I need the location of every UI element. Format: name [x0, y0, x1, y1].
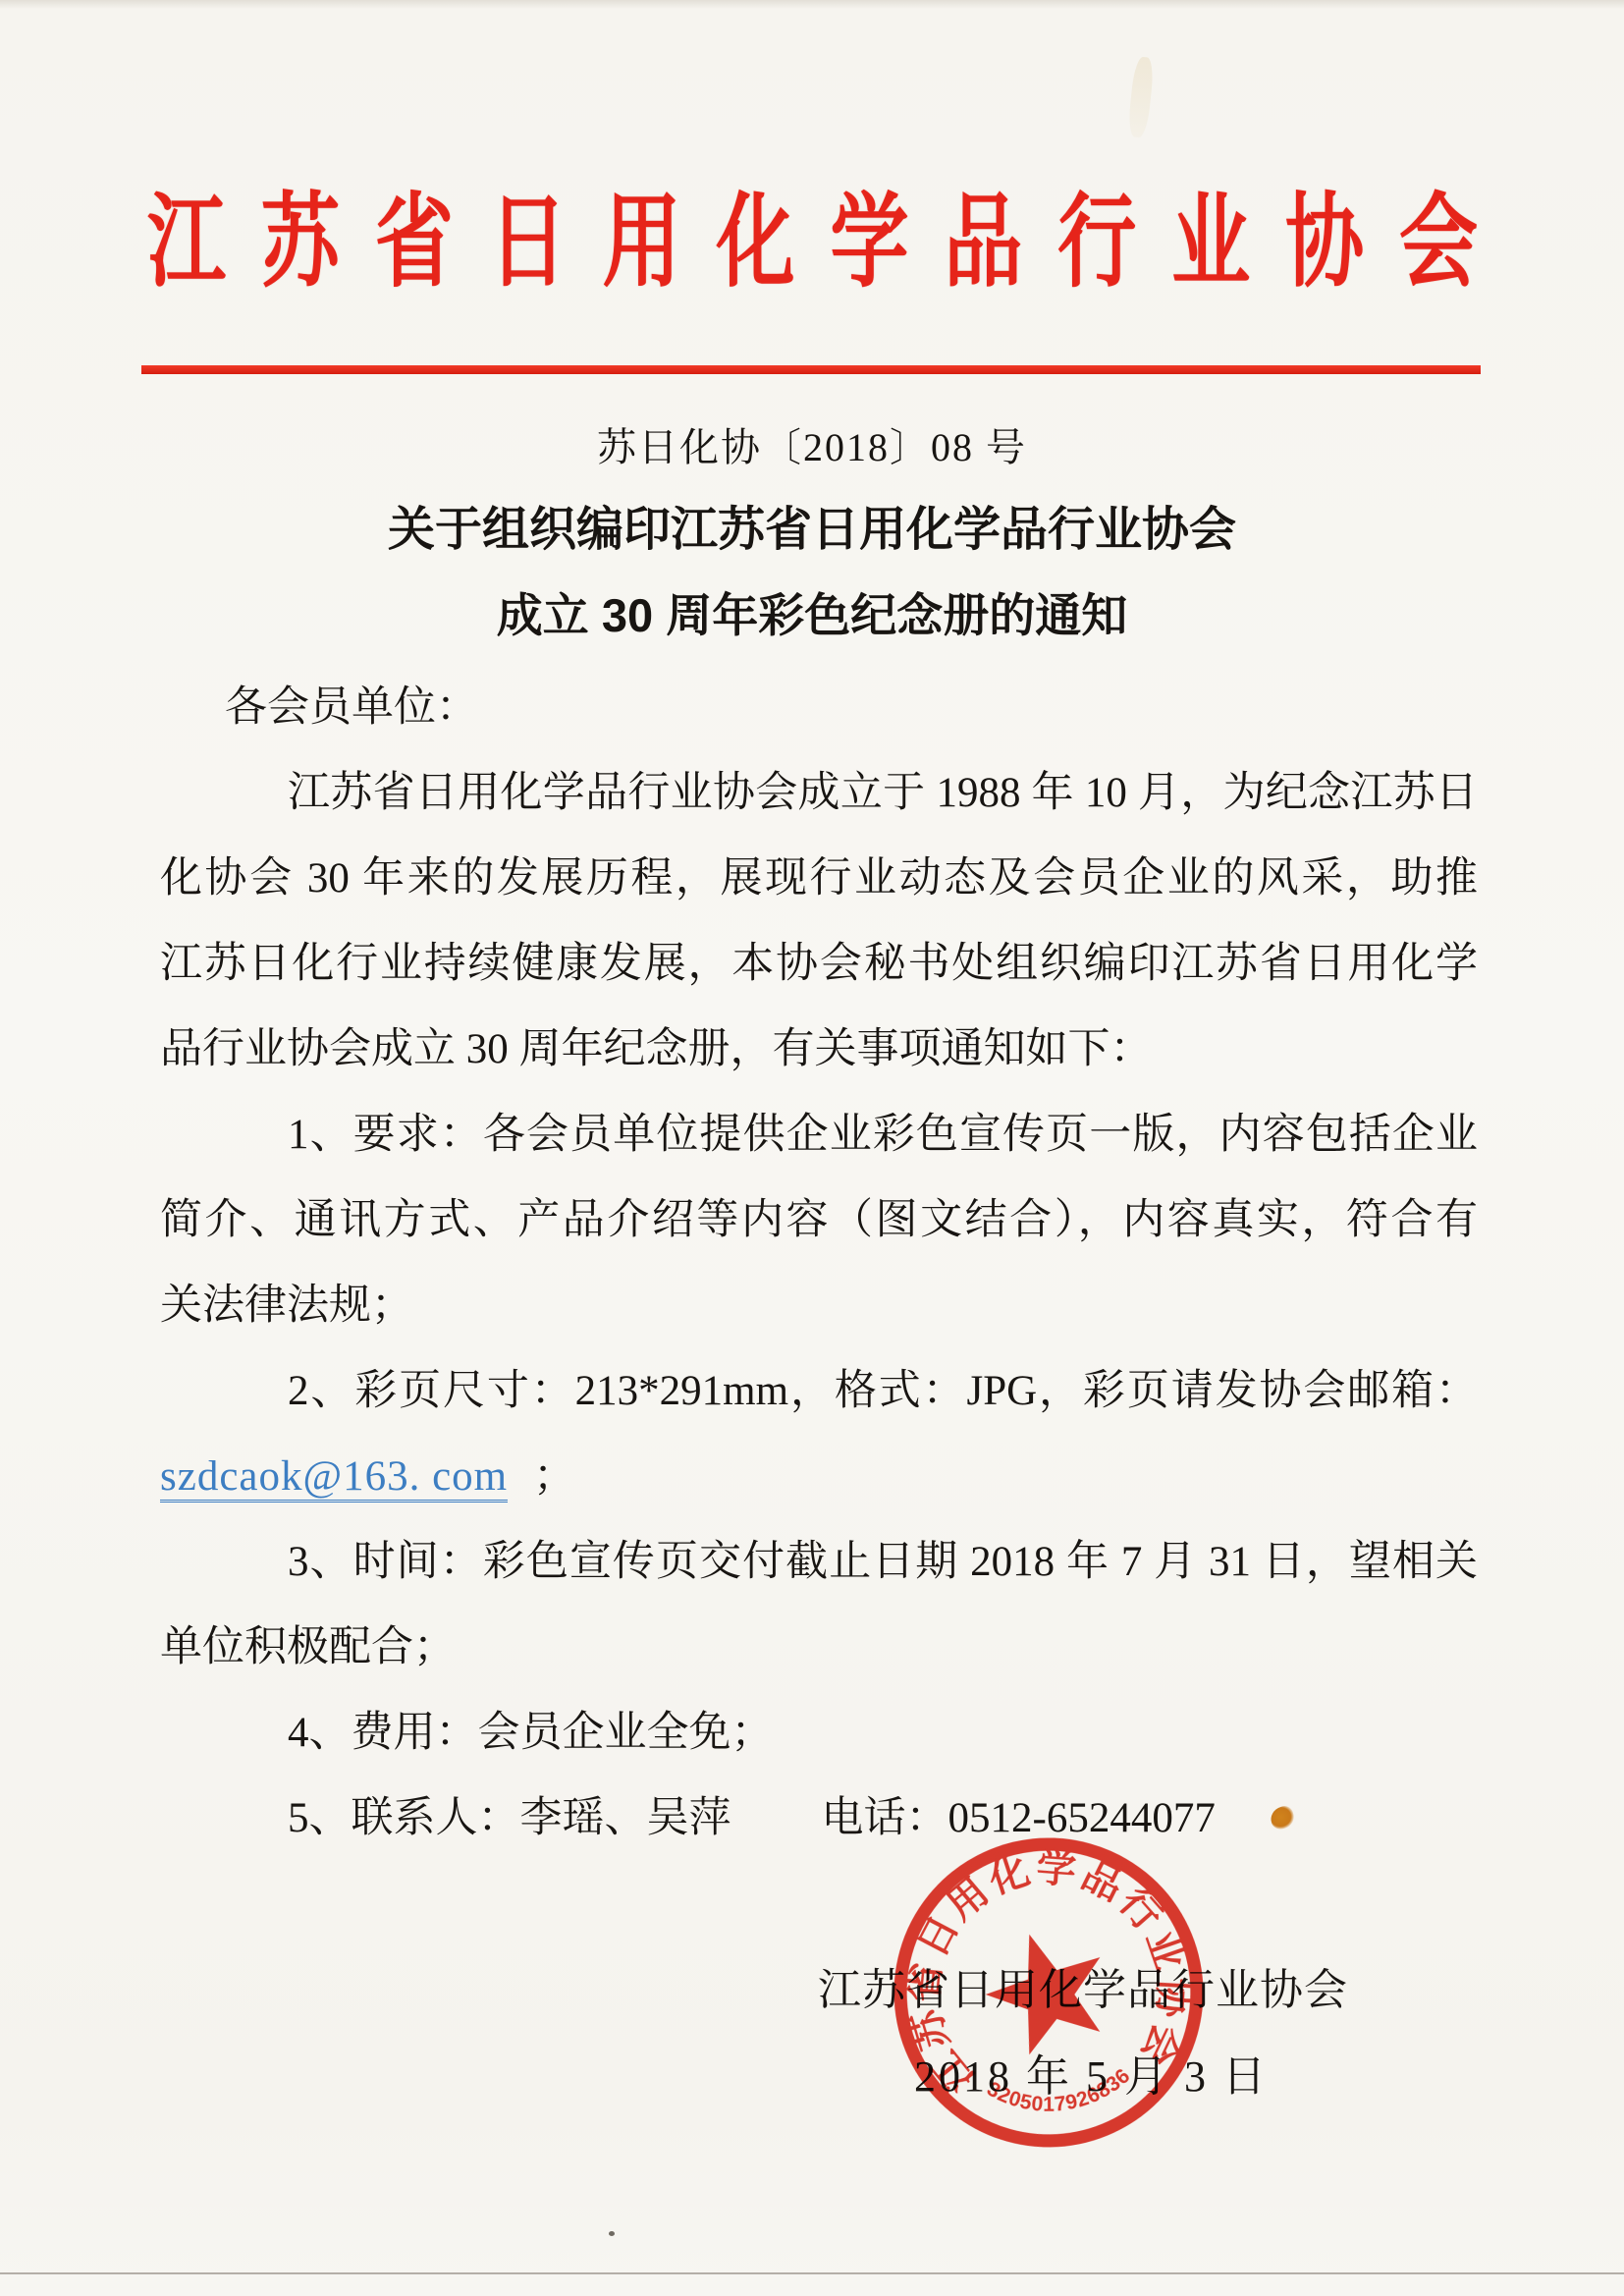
email-line: szdcaok@163. com； — [160, 1434, 1478, 1519]
body-line: 1、要求：各会员单位提供企业彩色宣传页一版，内容包括企业 — [160, 1092, 1478, 1177]
letterhead-red-rule — [141, 365, 1481, 374]
email-link[interactable]: szdcaok@163. com — [160, 1453, 508, 1503]
svg-text:3205017926836: 3205017926836 — [981, 2062, 1138, 2123]
body-line: 3、时间：彩色宣传页交付截止日期 2018 年 7 月 31 日，望相关 — [160, 1519, 1478, 1605]
salutation: 各会员单位： — [160, 665, 1478, 750]
scan-stain — [1127, 56, 1155, 138]
body-line: 单位积极配合； — [160, 1605, 1478, 1690]
body-line: 化协会 30 年来的发展历程，展现行业动态及会员企业的风采，助推 — [160, 836, 1478, 921]
body-line: 江苏省日用化学品行业协会成立于 1988 年 10 月，为纪念江苏日 — [160, 750, 1478, 836]
contact-persons: 5、联系人：李瑶、吴萍 — [288, 1795, 731, 1841]
seal-code: 3205017926836 — [981, 2062, 1138, 2123]
notice-body: 各会员单位： 江苏省日用化学品行业协会成立于 1988 年 10 月，为纪念江苏… — [160, 665, 1478, 1861]
body-line: 2、彩页尺寸：213*291mm，格式：JPG，彩页请发协会邮箱： — [160, 1348, 1478, 1434]
document-number: 苏日化协〔2018〕08 号 — [0, 416, 1624, 472]
body-line: 4、费用：会员企业全免； — [160, 1690, 1478, 1776]
body-line: 简介、通讯方式、产品介绍等内容（图文结合），内容真实，符合有 — [160, 1177, 1478, 1263]
seal-star-icon — [972, 1916, 1122, 2062]
body-line: 品行业协会成立 30 周年纪念册，有关事项通知如下： — [160, 1007, 1478, 1092]
body-line: 江苏日化行业持续健康发展，本协会秘书处组织编印江苏省日用化学 — [160, 921, 1478, 1007]
email-suffix: ； — [533, 1453, 575, 1500]
official-seal-stamp: 江苏省日用化学品行业协会 3205017926836 — [871, 1815, 1227, 2171]
scan-speck — [609, 2231, 615, 2236]
body-line: 关法律法规； — [160, 1263, 1478, 1348]
notice-title-line2: 成立 30 周年彩色纪念册的通知 — [0, 579, 1624, 645]
letterhead-org-name: 江 苏 省 日 用 化 学 品 行 业 协 会 — [147, 192, 1478, 295]
notice-title-line1: 关于组织编印江苏省日用化学品行业协会 — [0, 491, 1624, 559]
scanned-notice-document: 江 苏 省 日 用 化 学 品 行 业 协 会 苏日化协〔2018〕08 号 关… — [0, 0, 1624, 2296]
scan-edge-top — [0, 0, 1624, 9]
scan-edge-bottom — [0, 2272, 1624, 2274]
